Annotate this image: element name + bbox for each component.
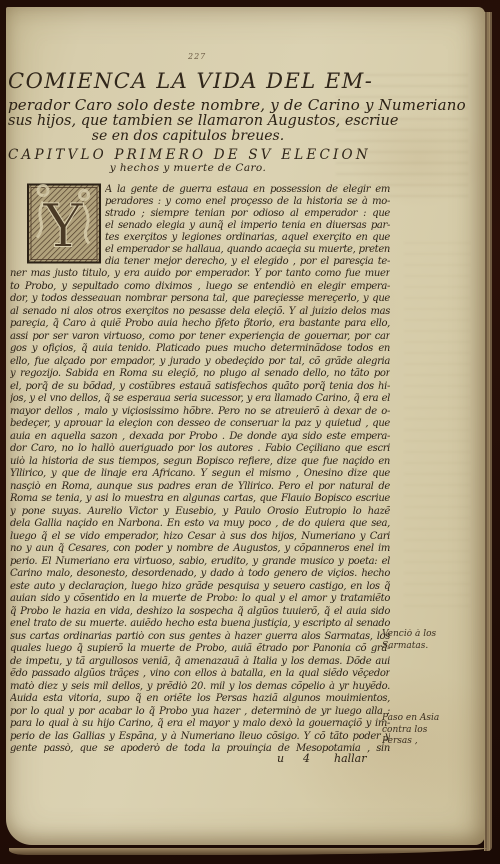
title-line-2: perador Caro solo deste nombre, y de Car… bbox=[8, 96, 368, 114]
margin-note-line: Paso en Asia bbox=[382, 713, 462, 725]
book-page: 227 COMIENCA LA VIDA DEL EM- perador Car… bbox=[6, 7, 485, 845]
chapter-subheading: y hechos y muerte de Caro. bbox=[8, 162, 368, 174]
drop-cap-woodcut-initial: Y bbox=[27, 183, 101, 264]
body-line: strado ; siempre tenian por odioso al em… bbox=[105, 208, 390, 220]
title-line-3: sus hijos, que tambien se llamaron Augus… bbox=[8, 113, 368, 129]
margin-note-line: contra los bbox=[382, 725, 462, 737]
woodcut-frame: Y bbox=[27, 183, 101, 264]
margin-note-persas: Paso en Asiacontra losPersas , bbox=[382, 713, 462, 748]
margin-note-sarmatas: Venciò à losSarmatas. bbox=[382, 629, 462, 652]
body-line: auian sido y cõsentido en la muerte de P… bbox=[10, 593, 390, 606]
body-line: de impetu, y tã argullosos veniã, q̃ ame… bbox=[10, 656, 390, 669]
book-photo: 227 COMIENCA LA VIDA DEL EM- perador Car… bbox=[0, 0, 500, 864]
book-fore-edge bbox=[484, 12, 492, 851]
body-line: y pone suyas. Aurelio Victor y Eusebio, … bbox=[10, 506, 390, 519]
body-line: mayor dellos , malo y viçiosissimo hõbre… bbox=[10, 406, 390, 419]
body-line: perio de las Gallias y Espãna, y à Numer… bbox=[10, 731, 390, 744]
signature-number: 4 bbox=[303, 752, 310, 765]
body-line: dor, y todos desseauan nombrar persona t… bbox=[10, 293, 390, 306]
title-line-4: se en dos capitulos breues. bbox=[8, 128, 368, 144]
body-line: assi por ser varon virtuoso, como por te… bbox=[10, 331, 390, 344]
body-line: q̃ Probo le hazia en vida, deshizo la so… bbox=[10, 606, 390, 619]
body-line: para lo qual à su hijo Carino, q̃ era el… bbox=[10, 718, 390, 731]
drop-cap-letter: Y bbox=[42, 192, 84, 262]
body-line: perio. El Numeriano era virtuoso, sabio,… bbox=[10, 556, 390, 569]
body-line: to Probo, y sepultado como diximos , lue… bbox=[10, 281, 390, 294]
body-line: gente passò, que se apoderò de toda la p… bbox=[10, 743, 390, 756]
body-line: bedeçer, y aprouar la eleçion con desseo… bbox=[10, 418, 390, 431]
body-line: nasçiò en Roma, aunque sus padres eran d… bbox=[10, 481, 390, 494]
margin-note-line: Persas , bbox=[382, 736, 462, 748]
body-line: sus cartas ordinarias partiò con sus gen… bbox=[10, 631, 390, 644]
body-line: enel trato de su muerte. auiẽdo hecho es… bbox=[10, 618, 390, 631]
margin-note-line: Venciò à los bbox=[382, 629, 462, 641]
body-line: peradores : y como enel proçesso de la h… bbox=[105, 196, 390, 208]
folio-number: 227 bbox=[188, 52, 206, 61]
body-line: ner mas justo titulo, y era auido por em… bbox=[10, 268, 390, 281]
body-line: no y aun q̃ Cesares, con poder y nombre … bbox=[10, 543, 390, 556]
signature-mark: u bbox=[277, 752, 284, 765]
body-line: jos, y el vno dellos, q̃ se esperaua ser… bbox=[10, 393, 390, 406]
body-line: gos y ofiçios, q̃ auia tenido. Platicado… bbox=[10, 343, 390, 356]
body-line: luego q̃ el se vido emperador, hizo Cesa… bbox=[10, 531, 390, 544]
body-line: pareçia, q̃ Caro à quiẽ Probo auia hecho… bbox=[10, 318, 390, 331]
body-line: matò diez y seis mil dellos, y prẽdiò 20… bbox=[10, 681, 390, 694]
body-line: auia en aquella sazon , dexada por Probo… bbox=[10, 431, 390, 444]
body-line: el senado elegia y aunq̃ el imperio teni… bbox=[105, 220, 390, 232]
body-line: este auto y declaraçion, luego hizo grãd… bbox=[10, 581, 390, 594]
body-line: por lo qual y por acabar lo q̃ Probo yua… bbox=[10, 706, 390, 719]
body-line: Yllirico, y que de linaje era Africano. … bbox=[10, 468, 390, 481]
body-line: dor Caro, no lo hallò aueriguado por los… bbox=[10, 443, 390, 456]
body-line: y regozijo. Sabida en Roma su eleçiõ, no… bbox=[10, 368, 390, 381]
bleed-through-ghost-text bbox=[404, 237, 470, 607]
body-line: ello, fue alçado por empador, y jurado y… bbox=[10, 356, 390, 369]
body-line: Roma se tenia, y asi lo muestra en algun… bbox=[10, 493, 390, 506]
body-line: Carino malo, desonesto, desordenado, y d… bbox=[10, 568, 390, 581]
body-text-beside-dropcap: A la gente de guerra estaua en possessio… bbox=[105, 184, 390, 268]
body-line: A la gente de guerra estaua en possessio… bbox=[105, 184, 390, 196]
body-line: tes exerçitos y legiones ordinarias, aqu… bbox=[105, 232, 390, 244]
body-line: dela Gallia naçido en Narbona. En esto v… bbox=[10, 518, 390, 531]
body-line: el, porq̃ de su bõdad, y costũbres estau… bbox=[10, 381, 390, 394]
catchword: hallar bbox=[334, 752, 367, 765]
body-line: al senado ni alos otros exerçitos no pes… bbox=[10, 306, 390, 319]
body-line: uiò la historia de sus tiempos, segun Bo… bbox=[10, 456, 390, 469]
body-line: Auida esta vitoria, supo q̃ en oriẽte lo… bbox=[10, 693, 390, 706]
body-line: el emperador se hallaua, quando acaeçia … bbox=[105, 244, 390, 256]
book-bottom-edge bbox=[9, 848, 487, 855]
title-line-1: COMIENCA LA VIDA DEL EM- bbox=[8, 69, 368, 93]
body-line: dia tener mejor derecho, y el elegido , … bbox=[105, 256, 390, 268]
body-line: quales luego q̃ supierõ la muerte de Pro… bbox=[10, 643, 390, 656]
body-text: ner mas justo titulo, y era auido por em… bbox=[10, 268, 390, 756]
margin-note-line: Sarmatas. bbox=[382, 641, 462, 653]
chapter-heading: CAPITVLO PRIMERO DE SV ELECION bbox=[8, 147, 368, 163]
body-line: ẽdo passado algũos trãçes , vino con ell… bbox=[10, 668, 390, 681]
